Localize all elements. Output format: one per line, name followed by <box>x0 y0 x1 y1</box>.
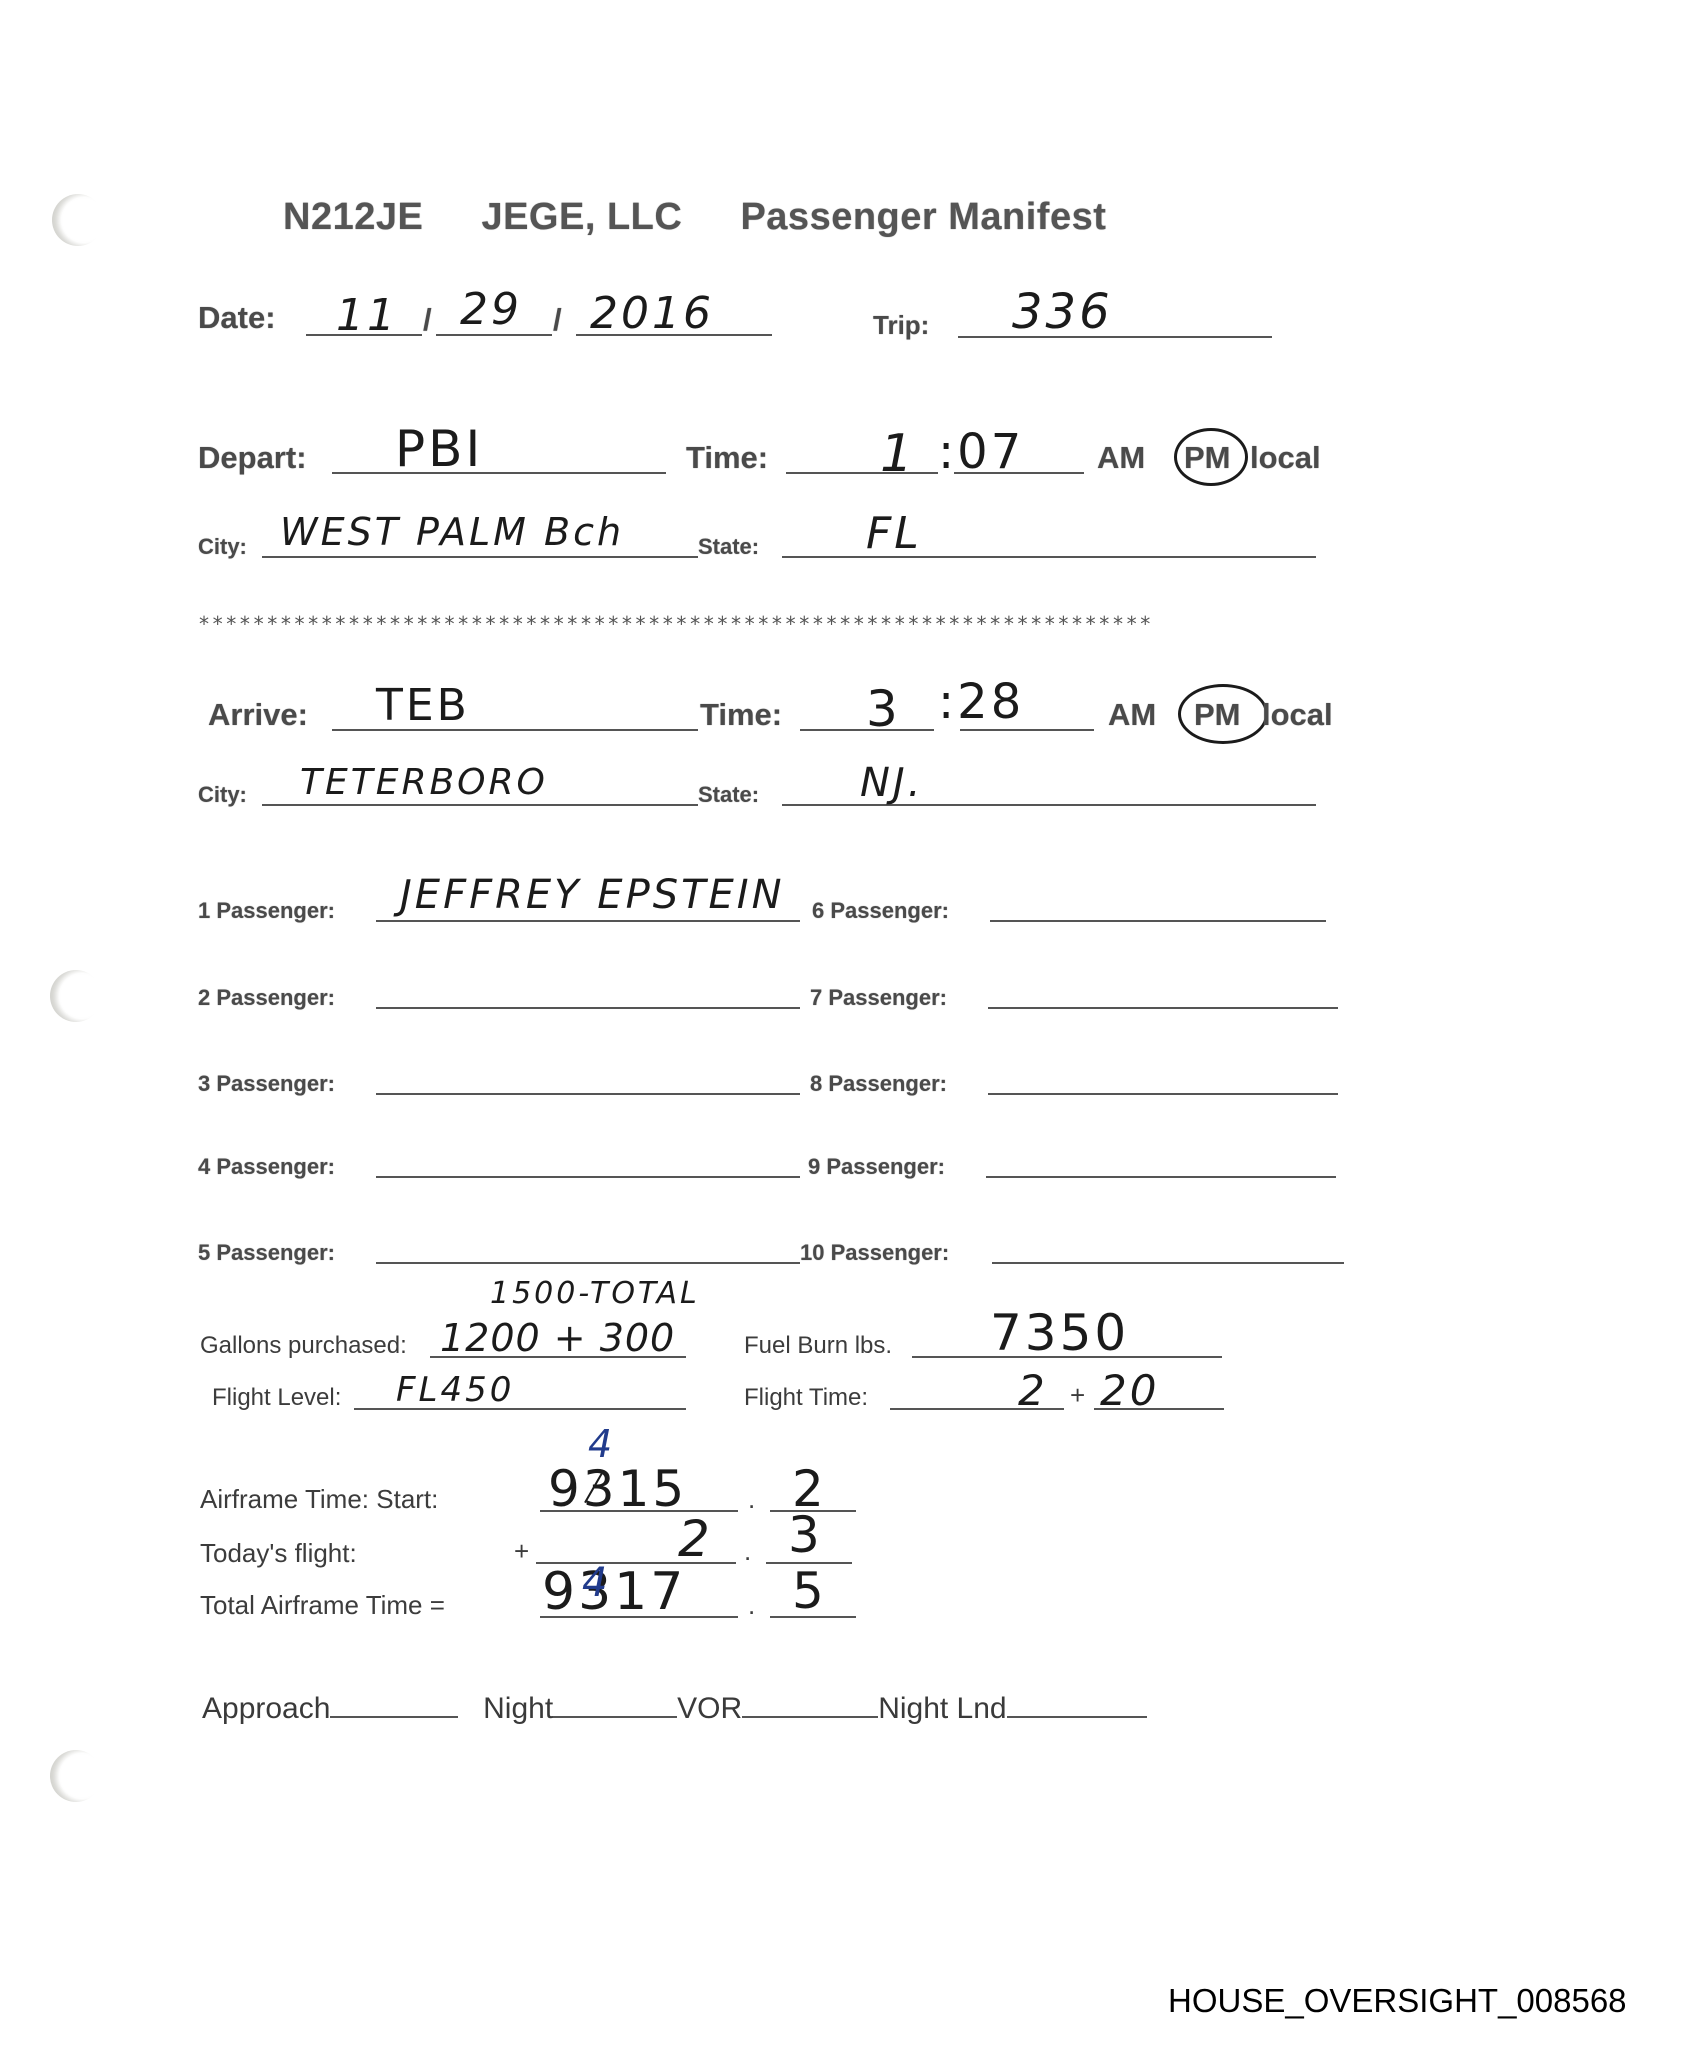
arrive-hour-value[interactable]: 3 <box>866 680 901 738</box>
company-name: JEGE, LLC <box>481 196 682 238</box>
passenger-2-line <box>376 1007 800 1009</box>
date-year-value[interactable]: 2016 <box>590 288 714 339</box>
passenger-6-line <box>990 920 1326 922</box>
depart-state-line <box>782 556 1316 558</box>
arrive-time-label: Time: <box>700 697 782 733</box>
depart-pm-circled <box>1174 428 1248 486</box>
depart-airport-value[interactable]: PBI <box>395 420 483 478</box>
hole-punch-middle <box>50 970 102 1022</box>
passenger-5-line <box>376 1262 800 1264</box>
arrive-city-line <box>262 804 698 806</box>
passenger-8-line <box>988 1093 1338 1095</box>
tail-number: N212JE <box>283 196 423 238</box>
bates-number: HOUSE_OVERSIGHT_008568 <box>1168 1982 1627 2020</box>
depart-city-value[interactable]: WEST PALM Bch <box>280 510 624 554</box>
fuel-burn-label: Fuel Burn lbs. <box>744 1332 892 1360</box>
hole-punch-top <box>52 194 104 246</box>
passenger-8-label: 8 Passenger: <box>810 1071 947 1097</box>
trip-label: Trip: <box>873 310 929 341</box>
arrive-pm-circled <box>1178 684 1268 744</box>
flight-time-minutes[interactable]: 20 <box>1100 1366 1159 1415</box>
arrive-label: Arrive: <box>208 697 308 733</box>
gallons-total-note: 1500-TOTAL <box>490 1276 700 1311</box>
approach-label: Approach <box>202 1692 330 1725</box>
passenger-9-label: 9 Passenger: <box>808 1154 945 1180</box>
night-lnd-field[interactable] <box>1007 1716 1147 1718</box>
fuel-burn-value[interactable]: 7350 <box>990 1304 1129 1362</box>
document-title: Passenger Manifest <box>740 196 1106 238</box>
passenger-4-label: 4 Passenger: <box>198 1154 335 1180</box>
airframe-start-dot: . <box>748 1484 755 1515</box>
gallons-label: Gallons purchased: <box>200 1332 407 1360</box>
flight-level-value[interactable]: FL450 <box>396 1370 514 1410</box>
arrive-am-option[interactable]: AM <box>1108 697 1156 733</box>
depart-city-line <box>262 556 698 558</box>
depart-city-label: City: <box>198 534 247 560</box>
depart-hour-value[interactable]: 1 <box>880 424 916 484</box>
todays-flight-tenths[interactable]: 3 <box>788 1506 823 1564</box>
date-month-value[interactable]: 11 <box>336 290 398 341</box>
night-field[interactable] <box>553 1716 677 1718</box>
arrive-local-label: local <box>1262 697 1333 733</box>
passenger-3-line <box>376 1093 800 1095</box>
flight-time-hours[interactable]: 2 <box>1018 1366 1048 1415</box>
todays-flight-label: Today's flight: <box>200 1538 357 1569</box>
arrive-state-label: State: <box>698 782 759 808</box>
passenger-5-label: 5 Passenger: <box>198 1240 335 1266</box>
arrive-city-label: City: <box>198 782 247 808</box>
passenger-2-label: 2 Passenger: <box>198 985 335 1011</box>
passenger-10-line <box>992 1262 1344 1264</box>
depart-minute-value[interactable]: :07 <box>938 424 1024 480</box>
arrive-minute-value[interactable]: :28 <box>938 674 1024 730</box>
airframe-start-whole[interactable]: 9315 <box>548 1460 687 1518</box>
depart-label: Depart: <box>198 440 307 476</box>
date-label: Date: <box>198 300 276 336</box>
flight-time-label: Flight Time: <box>744 1384 868 1412</box>
flight-time-separator: + <box>1070 1380 1085 1411</box>
gallons-value[interactable]: 1200 + 300 <box>440 1316 675 1360</box>
passenger-1-name[interactable]: JEFFREY EPSTEIN <box>400 872 785 918</box>
vor-field[interactable] <box>742 1716 878 1718</box>
arrive-airport-value[interactable]: TEB <box>376 680 470 731</box>
airframe-start-label: Airframe Time: Start: <box>200 1484 438 1515</box>
passenger-1-label: 1 Passenger: <box>198 898 335 924</box>
total-airframe-tenths[interactable]: 5 <box>792 1562 827 1620</box>
depart-local-label: local <box>1250 440 1321 476</box>
depart-time-label: Time: <box>686 440 768 476</box>
trip-value[interactable]: 336 <box>1012 284 1113 340</box>
night-label: Night <box>483 1692 553 1725</box>
depart-am-option[interactable]: AM <box>1097 440 1145 476</box>
depart-state-label: State: <box>698 534 759 560</box>
depart-state-value[interactable]: FL <box>866 508 922 559</box>
date-day-value[interactable]: 29 <box>460 284 522 335</box>
passenger-4-line <box>376 1176 800 1178</box>
bottom-checks-row: Approach NightVORNight Lnd <box>202 1692 1147 1726</box>
trip-line <box>958 336 1272 338</box>
passenger-7-line <box>988 1007 1338 1009</box>
section-separator: ****************************************… <box>198 612 1153 636</box>
vor-label: VOR <box>677 1692 742 1725</box>
total-airframe-label: Total Airframe Time = <box>200 1590 445 1621</box>
passenger-7-label: 7 Passenger: <box>810 985 947 1011</box>
todays-flight-dot: . <box>744 1536 751 1567</box>
airframe-start-correction: 4 <box>588 1422 615 1466</box>
approach-field[interactable] <box>330 1716 458 1718</box>
passenger-10-label: 10 Passenger: <box>800 1240 949 1266</box>
passenger-6-label: 6 Passenger: <box>812 898 949 924</box>
passenger-1-line <box>376 920 800 922</box>
manifest-header: N212JE JEGE, LLC Passenger Manifest <box>283 196 1106 239</box>
total-airframe-correction: 4 <box>582 1560 610 1606</box>
total-airframe-dot: . <box>748 1590 755 1621</box>
passenger-9-line <box>986 1176 1336 1178</box>
night-lnd-label: Night Lnd <box>878 1692 1006 1725</box>
todays-flight-plus: + <box>514 1536 529 1567</box>
date-slash-2: / <box>553 302 562 338</box>
hole-punch-bottom <box>50 1750 102 1802</box>
arrive-city-value[interactable]: TETERBORO <box>300 762 548 803</box>
total-airframe-whole[interactable]: 9317 <box>542 1562 686 1622</box>
arrive-state-value[interactable]: NJ. <box>860 760 923 806</box>
date-slash-1: / <box>423 302 432 338</box>
passenger-3-label: 3 Passenger: <box>198 1071 335 1097</box>
depart-line <box>332 472 666 474</box>
todays-flight-whole[interactable]: 2 <box>678 1510 713 1568</box>
flight-level-label: Flight Level: <box>212 1384 341 1412</box>
